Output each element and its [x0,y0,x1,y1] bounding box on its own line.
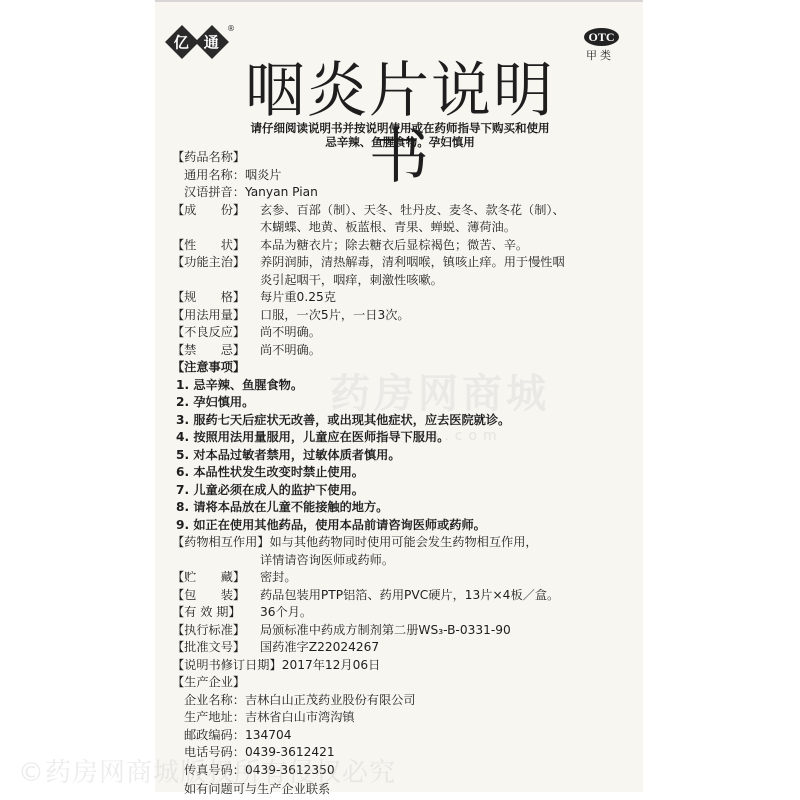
manufacturer-field: 邮政编码：134704 [172,727,642,745]
section-value: 炎引起咽干，咽痒，刺激性咳嗽。 [260,272,443,290]
logo-char: 通 [204,31,219,52]
section-label: 【说明书修订日期】 [172,657,282,675]
manufacturer-field: 企业名称：吉林白山正茂药业股份有限公司 [172,692,642,710]
pinyin-row: 汉语拼音：Yanyan Pian [172,184,642,202]
leaflet-content: 【药品名称】 通用名称：咽炎片 汉语拼音：Yanyan Pian 【成 份】玄参… [172,149,642,799]
section-label: 【用法用量】 [172,307,260,325]
field-value: 吉林白山正茂药业股份有限公司 [245,692,416,710]
section-value: 口服，一次5片，一日3次。 [260,307,410,325]
section-specification: 【规 格】每片重0.25克 [172,289,642,307]
section-value: 每片重0.25克 [260,289,336,307]
section-ingredients: 【成 份】玄参、百部（制）、天冬、牡丹皮、麦冬、款冬花（制）、 [172,202,642,220]
field-value: 吉林省白山市湾沟镇 [245,709,355,727]
section-label: 【贮 藏】 [172,569,260,587]
section-contraindications: 【禁 忌】尚不明确。 [172,342,642,360]
section-drug-name-header: 【药品名称】 [172,149,642,167]
section-package: 【包 装】药品包装用PTP铝箔、药用PVC硬片，13片×4板／盒。 [172,587,642,605]
section-indications: 【功能主治】养阴润肺，清热解毒，清利咽喉，镇咳止痒。用于慢性咽 [172,254,642,272]
section-precautions: 【注意事项】 [172,359,642,377]
section-value: 药品包装用PTP铝箔、药用PVC硬片，13片×4板／盒。 [260,587,559,605]
field-value: 134704 [245,727,292,745]
section-value: 本品为糖衣片；除去糖衣后显棕褐色；微苦、辛。 [260,237,528,255]
section-label: 【功能主治】 [172,254,260,272]
otc-class: 甲类 [586,47,614,63]
otc-badge: OTC [584,28,619,46]
field-label: 企业名称： [184,692,245,710]
section-dosage: 【用法用量】口服，一次5片，一日3次。 [172,307,642,325]
precaution-item: 5. 对本品过敏者禁用，过敏体质者慎用。 [172,447,642,465]
field-value: 咽炎片 [245,167,282,185]
section-ingredients-cont: 木蝴蝶、地黄、板蓝根、青果、蝉蜕、薄荷油。 [172,219,642,237]
section-label: 【包 装】 [172,587,260,605]
field-label: 汉语拼音： [184,184,245,202]
section-interactions-cont: 详情请咨询医师或药师。 [172,552,642,570]
section-label: 【规 格】 [172,289,260,307]
registered-mark: ® [227,24,235,33]
section-label: 【药物相互作用】 [172,534,270,552]
logo-diamond-2: 通 [195,25,229,59]
section-label: 【有 效 期】 [172,604,260,622]
section-value: 2017年12月06日 [282,657,381,675]
precaution-item: 8. 请将本品放在儿童不能接触的地方。 [172,499,642,517]
watermark-copyright: ©药房网商城版权所有侵权必究 [18,752,396,789]
section-approval: 【批准文号】国药准字Z22024267 [172,639,642,657]
precaution-item: 9. 如正在使用其他药品，使用本品前请咨询医师或药师。 [172,517,642,535]
field-label: 通用名称： [184,167,245,185]
manufacturer-field: 生产地址：吉林省白山市湾沟镇 [172,709,642,727]
section-value: 局颁标准中药成方制剂第二册WS₃-B-0331-90 [260,622,511,640]
section-interactions: 【药物相互作用】如与其他药物同时使用可能会发生药物相互作用， [172,534,642,552]
section-revision: 【说明书修订日期】2017年12月06日 [172,657,642,675]
field-label: 邮政编码： [184,727,245,745]
section-storage: 【贮 藏】密封。 [172,569,642,587]
section-value: 国药准字Z22024267 [260,639,379,657]
section-label: 【生产企业】 [172,674,245,692]
subtitle-line: 忌辛辣、鱼腥食物。孕妇慎用 [160,135,640,149]
section-label: 【执行标准】 [172,622,260,640]
field-value: Yanyan Pian [245,184,318,202]
logo-char: 亿 [174,31,189,52]
precaution-item: 3. 服药七天后症状无改善，或出现其他症状，应去医院就诊。 [172,412,642,430]
section-label: 【不良反应】 [172,324,260,342]
section-label: 【药品名称】 [172,149,245,167]
section-label: 【注意事项】 [172,359,245,377]
section-label: 【批准文号】 [172,639,260,657]
section-value: 玄参、百部（制）、天冬、牡丹皮、麦冬、款冬花（制）、 [260,202,565,220]
section-value: 木蝴蝶、地黄、板蓝根、青果、蝉蜕、薄荷油。 [260,219,516,237]
precaution-item: 6. 本品性状发生改变时禁止使用。 [172,464,642,482]
precaution-item: 4. 按照用法用量服用，儿童应在医师指导下服用。 [172,429,642,447]
section-value: 养阴润肺，清热解毒，清利咽喉，镇咳止痒。用于慢性咽 [260,254,565,272]
section-value: 36个月。 [260,604,312,622]
precaution-item: 1. 忌辛辣、鱼腥食物。 [172,377,642,395]
section-value: 如与其他药物同时使用可能会发生药物相互作用， [270,534,538,552]
brand-logo: 亿 通 [170,30,230,54]
generic-name-row: 通用名称：咽炎片 [172,167,642,185]
section-appearance: 【性 状】本品为糖衣片；除去糖衣后显棕褐色；微苦、辛。 [172,237,642,255]
section-manufacturer: 【生产企业】 [172,674,642,692]
logo-diamond-1: 亿 [165,25,199,59]
section-validity: 【有 效 期】36个月。 [172,604,642,622]
section-value: 尚不明确。 [260,342,321,360]
section-value: 详情请咨询医师或药师。 [260,552,394,570]
section-label: 【性 状】 [172,237,260,255]
section-label: 【成 份】 [172,202,260,220]
field-label: 生产地址： [184,709,245,727]
precaution-item: 2. 孕妇慎用。 [172,394,642,412]
subtitle-line: 请仔细阅读说明书并按说明使用或在药师指导下购买和使用 [160,121,640,135]
subtitle: 请仔细阅读说明书并按说明使用或在药师指导下购买和使用 忌辛辣、鱼腥食物。孕妇慎用 [160,121,640,149]
section-value: 尚不明确。 [260,324,321,342]
section-standard: 【执行标准】局颁标准中药成方制剂第二册WS₃-B-0331-90 [172,622,642,640]
section-adverse: 【不良反应】尚不明确。 [172,324,642,342]
section-indications-cont: 炎引起咽干，咽痒，刺激性咳嗽。 [172,272,642,290]
precaution-item: 7. 儿童必须在成人的监护下使用。 [172,482,642,500]
section-value: 密封。 [260,569,297,587]
section-label: 【禁 忌】 [172,342,260,360]
